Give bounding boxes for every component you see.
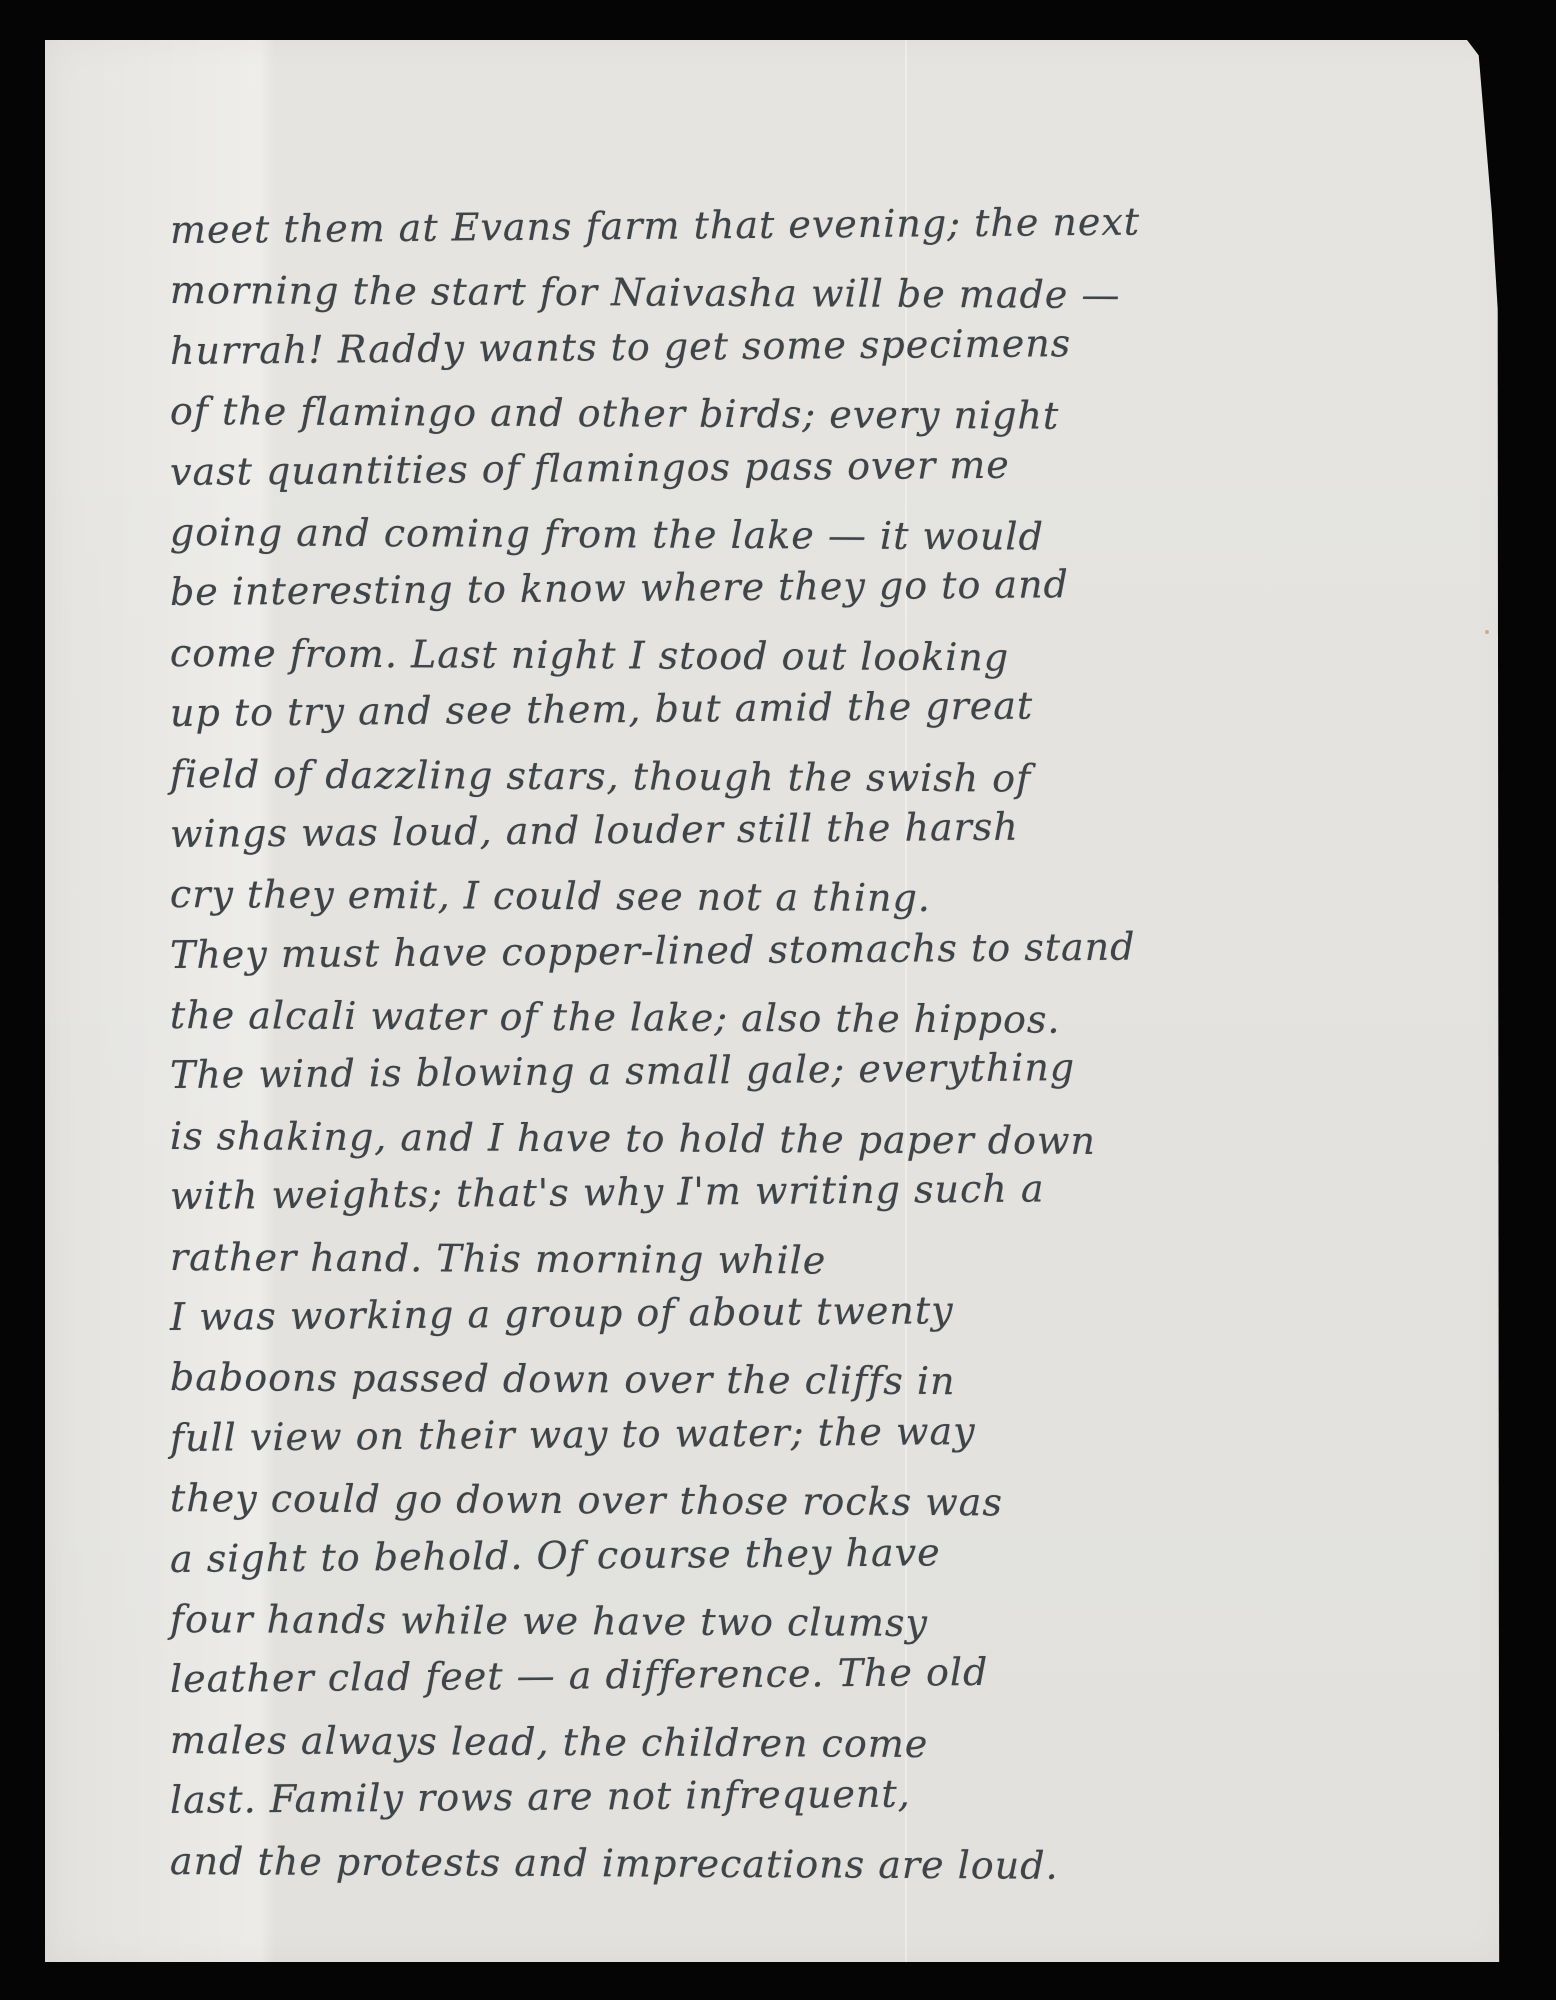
text-line: and the protests and imprecations are lo…: [170, 1831, 1530, 1899]
text-line: last. Family rows are not infrequent,: [170, 1758, 1530, 1830]
text-line: up to try and see them, but amid the gre…: [170, 671, 1530, 743]
text-line: vast quantities of flamingos pass over m…: [170, 430, 1530, 502]
text-line: hurrah! Raddy wants to get some specimen…: [170, 309, 1530, 381]
text-line: leather clad feet — a difference. The ol…: [170, 1638, 1530, 1710]
text-line: I was working a group of about twenty: [170, 1275, 1530, 1347]
text-line: meet them at Evans farm that evening; th…: [170, 188, 1530, 260]
text-line: a sight to behold. Of course they have: [170, 1517, 1530, 1589]
text-line: be interesting to know where they go to …: [170, 550, 1530, 622]
text-line: They must have copper-lined stomachs to …: [170, 913, 1530, 985]
text-line: full view on their way to water; the way: [170, 1396, 1530, 1468]
handwritten-text-body: meet them at Evans farm that evening; th…: [170, 200, 1530, 1891]
text-line: with weights; that's why I'm writing suc…: [170, 1154, 1530, 1226]
text-line: The wind is blowing a small gale; everyt…: [170, 1034, 1530, 1106]
letter-page: meet them at Evans farm that evening; th…: [45, 40, 1505, 1962]
text-line: wings was loud, and louder still the har…: [170, 792, 1530, 864]
